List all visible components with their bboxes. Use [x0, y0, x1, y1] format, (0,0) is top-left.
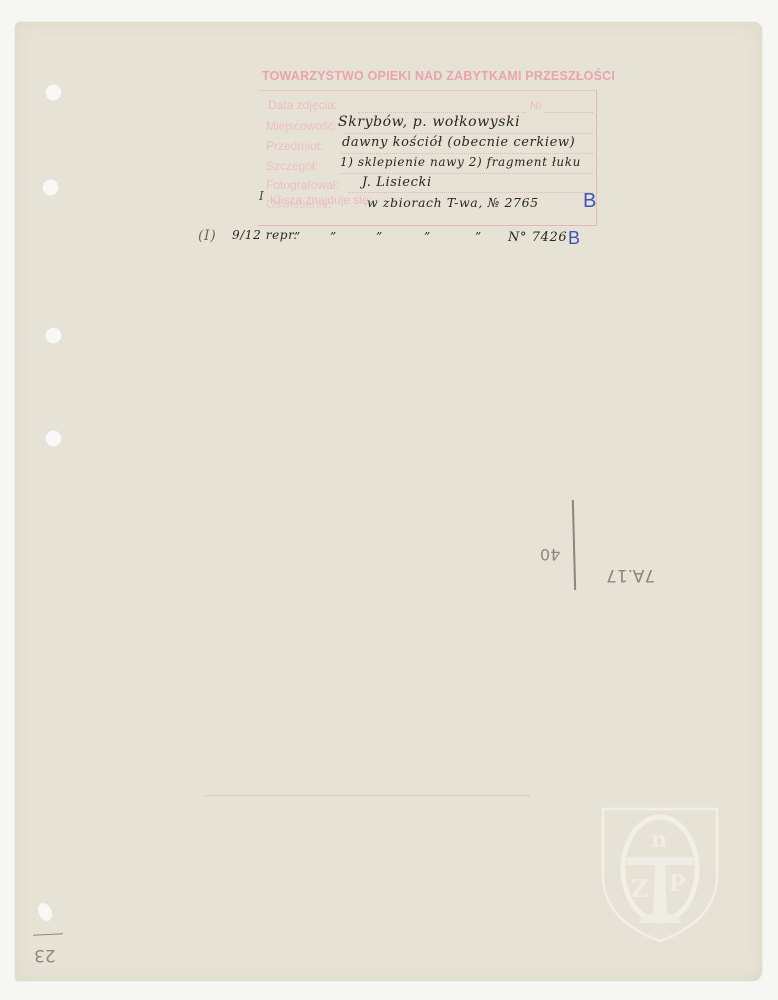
- pencil-rotated-number: 40: [540, 545, 560, 564]
- punch-hole: [45, 430, 62, 447]
- reprint-format: 9/12 repr.: [232, 228, 298, 242]
- ditto-mark: ”: [294, 230, 301, 244]
- entry-place: Skrybów, p. wołkowyski: [338, 114, 520, 130]
- tonzp-emblem-watermark: n Z P: [597, 805, 723, 945]
- punch-hole: [45, 84, 62, 101]
- label-date: Data zdjęcia:: [268, 98, 337, 112]
- punch-hole: [45, 327, 62, 344]
- plate-mark: I: [259, 189, 264, 203]
- stamp-title: TOWARZYSTWO OPIEKI NAD ZABYTKAMI PRZESZŁ…: [262, 69, 602, 83]
- pencil-corner-number: 23: [34, 945, 56, 965]
- ditto-mark: ”: [330, 230, 337, 244]
- reprint-mark: (I): [198, 228, 216, 244]
- ditto-mark: ”: [376, 230, 383, 244]
- entry-plate-location: w zbiorach T-wa, № 2765: [367, 195, 539, 210]
- reprint-series-mark: B: [568, 228, 581, 249]
- ditto-mark: ”: [424, 230, 431, 244]
- svg-text:P: P: [669, 871, 686, 897]
- label-photographer: Fotografował:: [266, 178, 339, 192]
- entry-detail: 1) sklepienie nawy 2) fragment łuku: [340, 155, 581, 169]
- rule: [358, 112, 526, 113]
- punch-hole: [42, 179, 59, 196]
- entry-object: dawny kościół (obecnie cerkiew): [342, 135, 575, 150]
- svg-text:n: n: [651, 827, 667, 853]
- label-object: Przedmiot:: [266, 139, 323, 153]
- label-number: №: [530, 100, 542, 112]
- label-plate: Klisza znajduje się:: [270, 193, 372, 207]
- plate-series-mark: B: [583, 190, 597, 213]
- faint-rule: [205, 795, 530, 796]
- ditto-mark: ”: [475, 230, 482, 244]
- rule: [345, 133, 593, 134]
- reprint-number: N° 7426: [508, 230, 567, 245]
- label-detail: Szczegół:: [266, 159, 318, 173]
- pencil-rotated-code: 7A.17: [606, 565, 655, 585]
- svg-text:Z: Z: [631, 874, 649, 903]
- rule: [348, 192, 593, 193]
- rule: [340, 173, 593, 174]
- rule: [340, 153, 593, 154]
- entry-photographer: J. Lisiecki: [362, 175, 432, 190]
- label-place: Miejscowość:: [266, 119, 337, 133]
- rule: [545, 112, 593, 113]
